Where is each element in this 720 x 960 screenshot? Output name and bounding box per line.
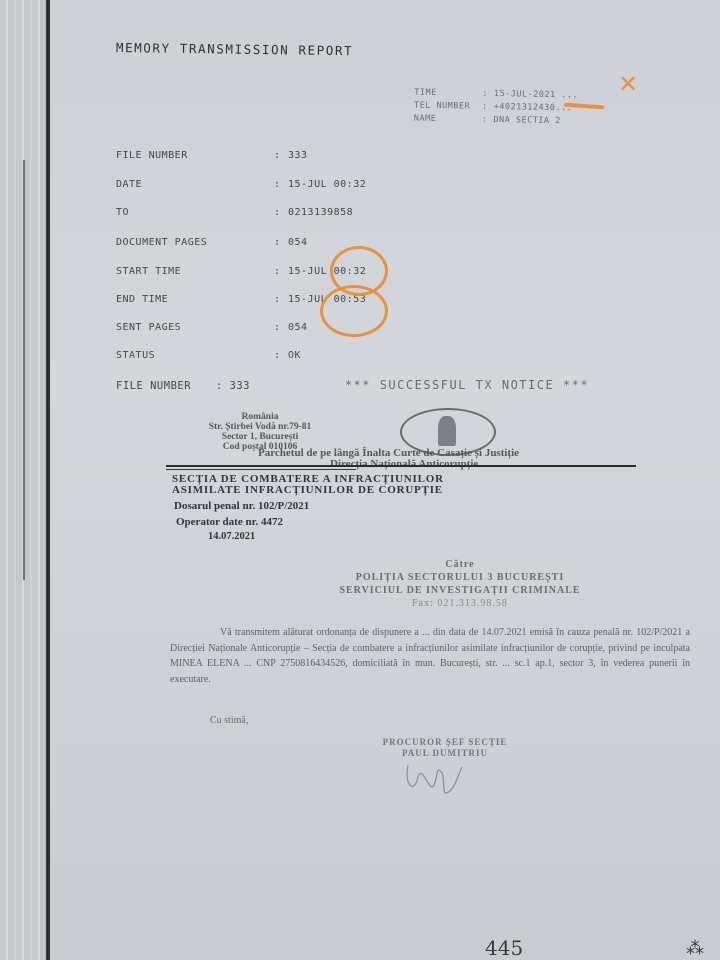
letterhead-rule <box>166 465 636 467</box>
operator-number: Operator date nr. 4472 <box>176 516 283 528</box>
letterhead-rule-thin <box>166 469 356 470</box>
field-to: TO:0213139858 <box>116 207 353 218</box>
tx-notice-line: FILE NUMBER : 333 *** SUCCESSFUL TX NOTI… <box>116 378 589 392</box>
orange-circle-end-time <box>320 285 388 337</box>
successful-tx-notice: *** SUCCESSFUL TX NOTICE *** <box>345 378 589 392</box>
paper-stack-edge <box>0 0 50 960</box>
field-status: STATUS:OK <box>116 350 301 361</box>
closing: Cu stimă, <box>210 715 248 726</box>
orange-x-icon: ✕ <box>618 72 638 96</box>
field-start-time: START TIME:15-JUL 00:32 <box>116 266 366 277</box>
handwritten-number: 445 <box>485 936 523 960</box>
section-title: SECȚIA DE COMBATERE A INFRACȚIUNILOR ASI… <box>172 474 502 496</box>
field-document-pages: DOCUMENT PAGES:054 <box>116 237 308 248</box>
letter-address: România Str. Știrbei Vodă nr.79-81 Secto… <box>190 412 330 452</box>
report-header: TIME:15-JUL-2021 ... TEL NUMBER:+4021312… <box>414 87 579 129</box>
paper-stack-line <box>23 160 25 580</box>
page-left-edge <box>46 0 50 960</box>
signature-icon <box>400 755 470 803</box>
field-date: DATE:15-JUL 00:32 <box>116 179 366 190</box>
field-file-number: FILE NUMBER:333 <box>116 150 308 161</box>
letter-body: Vă transmitem alăturat ordonanța de disp… <box>170 625 690 687</box>
letter-date: 14.07.2021 <box>208 531 255 542</box>
handwritten-mark: ⁂ <box>686 938 704 959</box>
case-number: Dosarul penal nr. 102/P/2021 <box>174 500 309 512</box>
field-sent-pages: SENT PAGES:054 <box>116 322 308 333</box>
recipient-block: Către POLIȚIA SECTORULUI 3 BUCUREȘTI SER… <box>300 558 620 610</box>
